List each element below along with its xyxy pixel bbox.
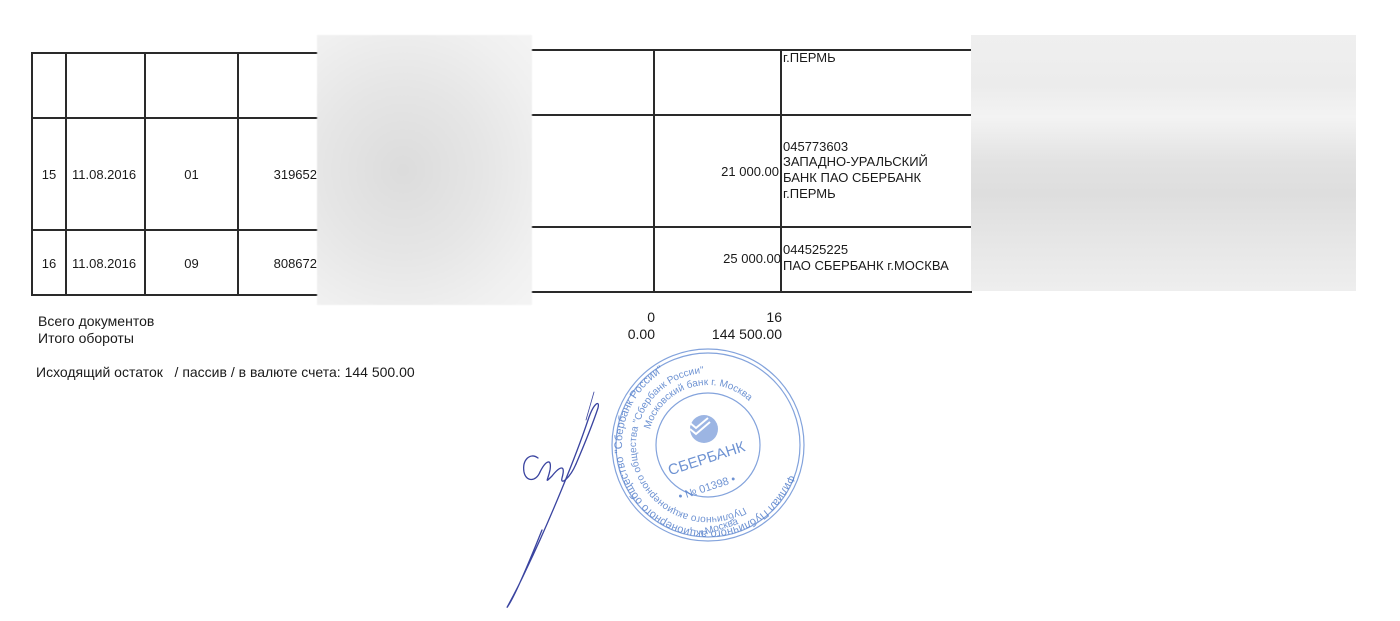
row-doc-number: 319652 xyxy=(239,167,317,182)
redacted-region xyxy=(971,35,1356,291)
table-border-top-left xyxy=(31,52,318,54)
stamp-number: • № 01398 • xyxy=(677,473,737,503)
row-code: 09 xyxy=(146,256,237,271)
row-divider xyxy=(32,229,318,231)
bank-name-line: ЗАПАДНО-УРАЛЬСКИЙ xyxy=(783,154,928,169)
row-code: 01 xyxy=(146,167,237,182)
row-number: 16 xyxy=(33,256,65,271)
row-amount: 25 000.00 xyxy=(655,251,781,266)
row-divider xyxy=(31,117,318,119)
total-turnover-label: Итого обороты xyxy=(38,330,134,347)
row-amount: 21 000.00 xyxy=(655,164,779,179)
table-border-bottom-left xyxy=(33,294,318,296)
total-docs-label: Всего документов xyxy=(38,313,154,330)
bank-cell: г.ПЕРМЬ xyxy=(783,50,836,65)
row-date: 11.08.2016 xyxy=(72,256,136,271)
table-border-bottom-mid xyxy=(531,291,972,293)
debit-docs-count: 0 xyxy=(600,309,655,326)
row-divider xyxy=(531,114,972,116)
row-date: 11.08.2016 xyxy=(72,167,136,182)
bank-bik: 044525225 xyxy=(783,242,848,257)
bank-stamp: Филиал Публичного акционерного общество … xyxy=(608,345,808,545)
redacted-region xyxy=(317,35,532,305)
debit-turnover: 0.00 xyxy=(600,326,655,343)
credit-turnover: 144 500.00 xyxy=(680,326,782,343)
col-divider xyxy=(65,52,67,296)
bank-name-line: ПАО СБЕРБАНК г.МОСКВА xyxy=(783,258,949,273)
row-doc-number: 808672 xyxy=(239,256,317,271)
bank-name-line: г.ПЕРМЬ xyxy=(783,186,836,201)
stamp-brand: СБЕРБАНК xyxy=(666,438,747,479)
table-border-top-mid xyxy=(531,49,972,51)
credit-docs-count: 16 xyxy=(680,309,782,326)
row-divider xyxy=(531,226,972,228)
bank-bik: 045773603 xyxy=(783,139,848,154)
bank-name-line: БАНК ПАО СБЕРБАНК xyxy=(783,170,921,185)
row-number: 15 xyxy=(33,167,65,182)
closing-balance: Исходящий остаток / пассив / в валюте сч… xyxy=(36,364,415,381)
sberbank-logo-icon xyxy=(690,415,718,443)
